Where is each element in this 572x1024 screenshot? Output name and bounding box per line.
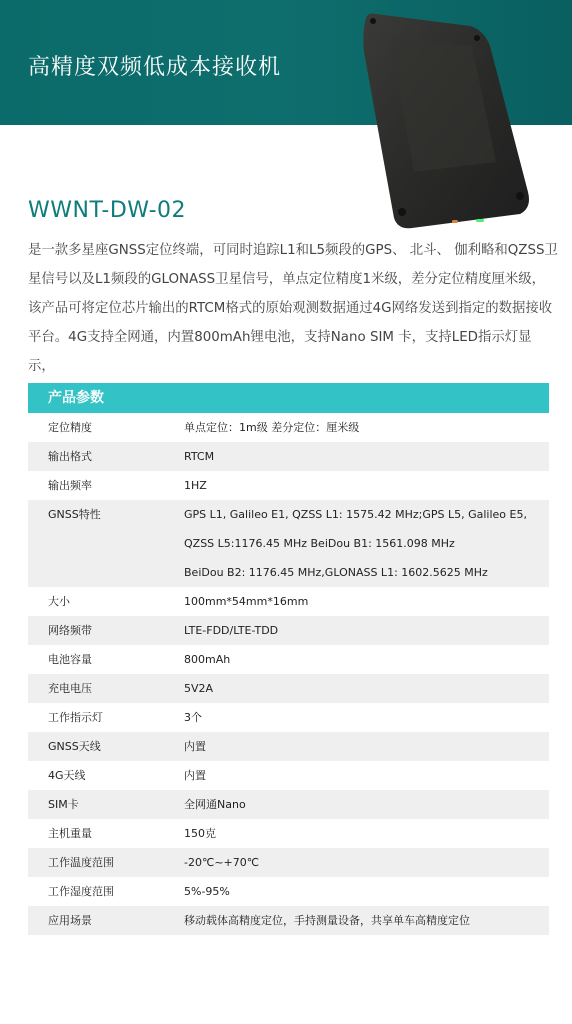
table-row: 定位精度 单点定位：1m级 差分定位：厘米级	[28, 413, 549, 442]
spec-key: 4G天线	[28, 761, 184, 790]
spec-value: BeiDou B2: 1176.45 MHz,GLONASS L1: 1602.…	[184, 558, 549, 587]
table-row: 充电电压 5V2A	[28, 674, 549, 703]
spec-value: 全网通Nano	[184, 790, 549, 819]
spec-key: 主机重量	[28, 819, 184, 848]
spec-value: GPS L1, Galileo E1, QZSS L1: 1575.42 MHz…	[184, 500, 549, 529]
spec-value: LTE-FDD/LTE-TDD	[184, 616, 549, 645]
spec-key: 工作湿度范围	[28, 877, 184, 906]
spec-value: 移动载体高精度定位，手持测量设备，共享单车高精度定位	[184, 906, 549, 935]
table-row: 输出格式 RTCM	[28, 442, 549, 471]
table-row: GNSS特性 GPS L1, Galileo E1, QZSS L1: 1575…	[28, 500, 549, 587]
spec-value: 内置	[184, 761, 549, 790]
spec-value: 1HZ	[184, 471, 549, 500]
table-row: 工作湿度范围 5%-95%	[28, 877, 549, 906]
spec-key: 电池容量	[28, 645, 184, 674]
spec-key: 工作温度范围	[28, 848, 184, 877]
spec-value: 内置	[184, 732, 549, 761]
description-line: 星信号以及L1频段的GLONASS卫星信号，单点定位精度1米级，差分定位精度厘米…	[28, 265, 558, 294]
spec-table-title: 产品参数	[28, 383, 549, 413]
spec-value: 800mAh	[184, 645, 549, 674]
spec-key: 输出频率	[28, 471, 184, 500]
spec-key: 定位精度	[28, 413, 184, 442]
table-row: 大小 100mm*54mm*16mm	[28, 587, 549, 616]
spec-value: 单点定位：1m级 差分定位：厘米级	[184, 413, 549, 442]
spec-key: 应用场景	[28, 906, 184, 935]
product-device-image	[360, 12, 532, 230]
spec-value: 3个	[184, 703, 549, 732]
table-row: 输出频率 1HZ	[28, 471, 549, 500]
spec-value: QZSS L5:1176.45 MHz BeiDou B1: 1561.098 …	[184, 529, 549, 558]
spec-value: 5V2A	[184, 674, 549, 703]
spec-key: GNSS天线	[28, 732, 184, 761]
table-row: SIM卡 全网通Nano	[28, 790, 549, 819]
spec-key: 大小	[28, 587, 184, 616]
table-row: 工作指示灯 3个	[28, 703, 549, 732]
description-line: 该产品可将定位芯片输出的RTCM格式的原始观测数据通过4G网络发送到指定的数据接…	[28, 294, 558, 323]
table-row: GNSS天线 内置	[28, 732, 549, 761]
table-row: 主机重量 150克	[28, 819, 549, 848]
description-line: 是一款多星座GNSS定位终端，可同时追踪L1和L5频段的GPS、 北斗、 伽利略…	[28, 236, 558, 265]
table-row: 4G天线 内置	[28, 761, 549, 790]
spec-key: 充电电压	[28, 674, 184, 703]
spec-table: 产品参数 定位精度 单点定位：1m级 差分定位：厘米级 输出格式 RTCM 输出…	[28, 383, 549, 935]
spec-key: 网络频带	[28, 616, 184, 645]
model-number: WWNT-DW-02	[28, 198, 186, 223]
spec-key: 输出格式	[28, 442, 184, 471]
spec-value: 5%-95%	[184, 877, 549, 906]
table-row: 应用场景 移动载体高精度定位，手持测量设备，共享单车高精度定位	[28, 906, 549, 935]
spec-key: SIM卡	[28, 790, 184, 819]
spec-value: RTCM	[184, 442, 549, 471]
table-row: 电池容量 800mAh	[28, 645, 549, 674]
table-row: 网络频带 LTE-FDD/LTE-TDD	[28, 616, 549, 645]
table-row: 工作温度范围 -20℃~+70℃	[28, 848, 549, 877]
spec-value: 100mm*54mm*16mm	[184, 587, 549, 616]
spec-key: 工作指示灯	[28, 703, 184, 732]
spec-value: -20℃~+70℃	[184, 848, 549, 877]
spec-value: 150克	[184, 819, 549, 848]
description-line: 平台。4G支持全网通，内置800mAh锂电池，支持Nano SIM 卡，支持LE…	[28, 323, 558, 381]
spec-key: GNSS特性	[28, 500, 184, 529]
page-title: 高精度双频低成本接收机	[28, 50, 281, 81]
